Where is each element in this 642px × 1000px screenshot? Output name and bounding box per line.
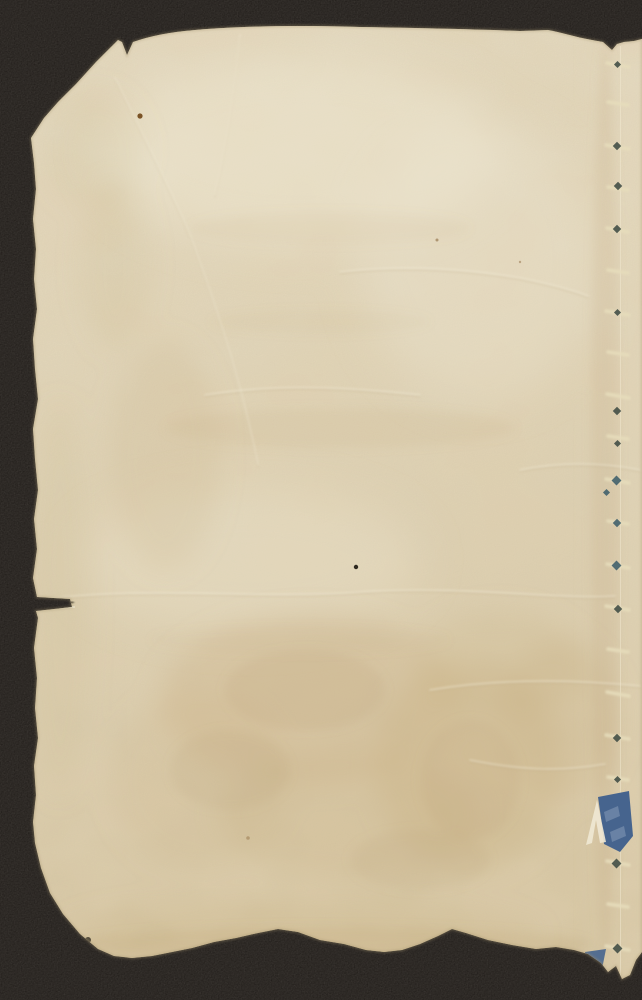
scan-root	[0, 0, 642, 1000]
book-page-photo	[0, 0, 642, 1000]
page	[0, 0, 642, 1000]
